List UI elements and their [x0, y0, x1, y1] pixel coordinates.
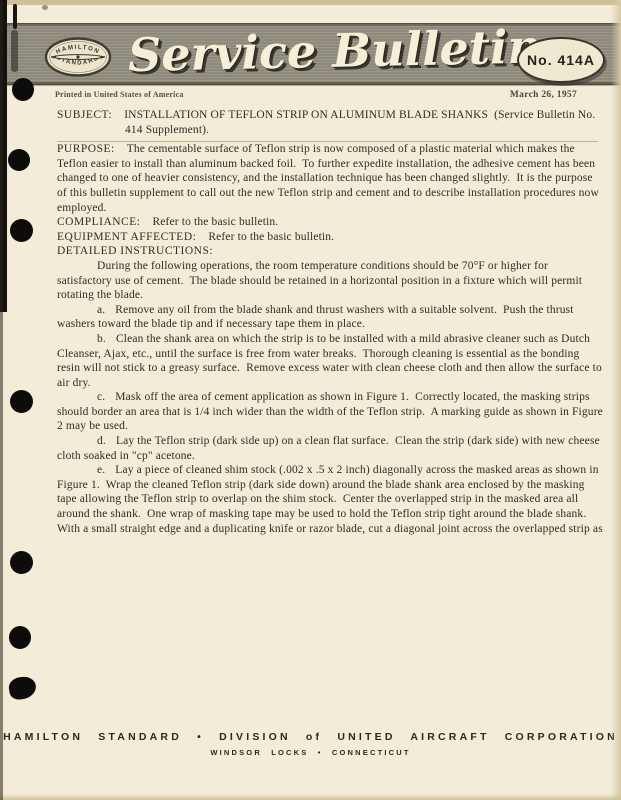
scan-bottom-edge: [0, 794, 621, 800]
equipment-affected-text: Refer to the basic bulletin.: [208, 231, 334, 243]
purpose-text: The cementable surface of Teflon strip i…: [57, 143, 602, 213]
detailed-instructions-heading: DETAILED INSTRUCTIONS:: [57, 244, 603, 259]
purpose-label: PURPOSE:: [57, 143, 115, 155]
masthead-banner: HAMILTON STANDARD Service Bulletin No. 4…: [0, 23, 621, 85]
step-letter: c.: [97, 391, 105, 403]
scan-artifact-dash: [13, 4, 17, 29]
step-text: Clean the shank area on which the strip …: [57, 333, 605, 389]
subject-text: INSTALLATION OF TEFLON STRIP ON ALUMINUM…: [124, 109, 598, 136]
hole-punch: [10, 219, 33, 242]
hole-punch: [9, 626, 31, 649]
bulletin-number-badge: No. 414A: [517, 37, 605, 83]
footer-company-line: HAMILTON STANDARD • DIVISION of UNITED A…: [0, 731, 621, 743]
footer-location-line: WINDSOR LOCKS • CONNECTICUT: [0, 748, 621, 757]
equipment-affected-section: EQUIPMENT AFFECTED:Refer to the basic bu…: [57, 230, 603, 245]
document-body: SUBJECT:INSTALLATION OF TEFLON STRIP ON …: [57, 108, 603, 536]
step-letter: b.: [97, 333, 106, 345]
hole-punch: [10, 390, 33, 413]
step-letter: d.: [97, 435, 106, 447]
step-text: Remove any oil from the blade shank and …: [57, 304, 577, 331]
hole-punch: [12, 78, 34, 101]
subject-label: SUBJECT:: [57, 109, 112, 121]
detailed-instructions-label: DETAILED INSTRUCTIONS:: [57, 245, 213, 257]
compliance-section: COMPLIANCE:Refer to the basic bulletin.: [57, 215, 603, 230]
compliance-label: COMPLIANCE:: [57, 216, 140, 228]
instruction-step-c: c.Mask off the area of cement applicatio…: [57, 390, 603, 434]
step-letter: e.: [97, 464, 105, 476]
equipment-affected-label: EQUIPMENT AFFECTED:: [57, 231, 196, 243]
scan-right-edge: [611, 0, 621, 800]
meta-row: Printed in United States of AmericaMarch…: [55, 90, 577, 100]
scan-artifact-smudge: [11, 30, 18, 72]
step-letter: a.: [97, 304, 105, 316]
scan-top-edge: [0, 0, 621, 5]
step-text: Mask off the area of cement application …: [57, 391, 606, 432]
instruction-step-b: b.Clean the shank area on which the stri…: [57, 332, 603, 390]
hole-punch: [8, 149, 30, 171]
subject-section: SUBJECT:INSTALLATION OF TEFLON STRIP ON …: [57, 108, 603, 137]
instruction-step-e: e.Lay a piece of cleaned shim stock (.00…: [57, 463, 603, 536]
bulletin-script-title: Service Bulletin: [127, 14, 520, 88]
step-text: Lay a piece of cleaned shim stock (.002 …: [57, 464, 603, 534]
instruction-step-a: a.Remove any oil from the blade shank an…: [57, 303, 603, 332]
hamilton-standard-logo-icon: HAMILTON STANDARD: [44, 37, 112, 77]
instruction-step-d: d.Lay the Teflon strip (dark side up) on…: [57, 434, 603, 463]
scan-left-edge-thin: [0, 0, 3, 800]
printed-note: Printed in United States of America: [55, 90, 184, 99]
instructions-intro: During the following operations, the roo…: [57, 259, 603, 303]
step-text: Lay the Teflon strip (dark side up) on a…: [57, 435, 603, 462]
hole-punch: [10, 551, 33, 574]
company-footer: HAMILTON STANDARD • DIVISION of UNITED A…: [0, 731, 621, 757]
issue-date: March 26, 1957: [510, 90, 577, 100]
compliance-text: Refer to the basic bulletin.: [152, 216, 278, 228]
bulletin-number: No. 414A: [527, 52, 595, 68]
hole-punch: [7, 675, 37, 701]
purpose-section: PURPOSE:The cementable surface of Teflon…: [57, 142, 603, 215]
scan-artifact-speck: [42, 5, 48, 10]
service-bulletin-page: HAMILTON STANDARD Service Bulletin No. 4…: [0, 0, 621, 800]
